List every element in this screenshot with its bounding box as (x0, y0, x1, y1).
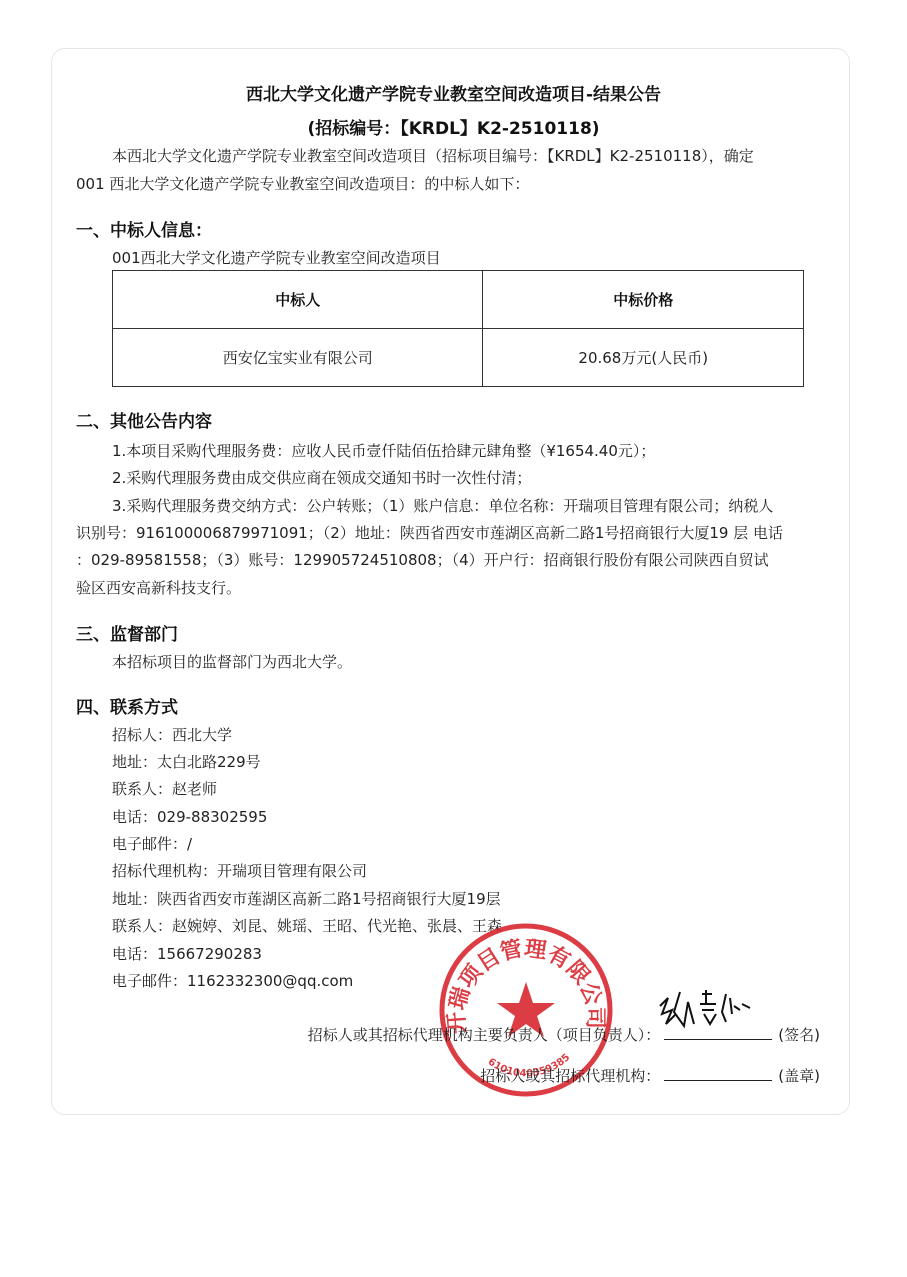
lot-label: 001西北大学文化遗产学院专业教室空间改造项目 (112, 247, 441, 268)
header-price: 中标价格 (483, 271, 804, 329)
signature-suffix: (签名) (778, 1026, 820, 1044)
contact-tenderer-person: 联系人：赵老师 (112, 778, 217, 799)
section-heading-contact: 四、联系方式 (76, 693, 178, 718)
header-winner: 中标人 (113, 271, 483, 329)
section-heading-other: 二、其他公告内容 (76, 407, 212, 432)
page-title: 西北大学文化遗产学院专业教室空间改造项目-结果公告 (0, 80, 907, 105)
fee-item-3-line-3: ：029-89581558；（3）账号：129905724510808；（4）开… (76, 549, 769, 570)
signature-label: 招标人或其招标代理机构主要负责人（项目负责人）： (308, 1026, 661, 1044)
fee-item-2: 2.采购代理服务费由成交供应商在领成交通知书时一次性付清； (112, 467, 531, 488)
signature-line (664, 1025, 772, 1040)
stamp-suffix: (盖章) (778, 1067, 820, 1085)
intro-line-2: 001 西北大学文化遗产学院专业教室空间改造项目：的中标人如下： (76, 171, 529, 198)
contact-agency-phone: 电话：15667290283 (112, 943, 262, 964)
fee-item-1: 1.本项目采购代理服务费：应收人民币壹仟陆佰伍拾肆元肆角整（¥1654.40元）… (112, 440, 655, 461)
signature-row-responsible-person: 招标人或其招标代理机构主要负责人（项目负责人）：(签名) (308, 1024, 820, 1045)
intro-line-1: 本西北大学文化遗产学院专业教室空间改造项目（招标项目编号：【KRDL】K2-25… (112, 143, 754, 170)
contact-agency: 招标代理机构：开瑞项目管理有限公司 (112, 860, 367, 881)
contact-agency-email: 电子邮件：1162332300@qq.com (112, 970, 353, 991)
fee-item-3-line-4: 验区西安高新科技支行。 (76, 577, 241, 598)
stamp-line (664, 1066, 772, 1081)
contact-tenderer-email: 电子邮件：/ (112, 833, 192, 854)
fee-item-3-line-2: 识别号：916100006879971091；（2）地址：陕西省西安市莲湖区高新… (76, 522, 783, 543)
contact-tenderer: 招标人：西北大学 (112, 724, 232, 745)
winner-table: 中标人 中标价格 西安亿宝实业有限公司 20.68万元(人民币) (112, 270, 804, 387)
tender-number: (招标编号：【KRDL】K2-2510118) (0, 114, 907, 139)
signature-row-stamp: 招标人或其招标代理机构：(盖章) (480, 1065, 820, 1086)
contact-tenderer-phone: 电话：029-88302595 (112, 806, 267, 827)
table-header-row: 中标人 中标价格 (113, 271, 804, 329)
winner-price: 20.68万元(人民币) (483, 329, 804, 387)
fee-item-3-line-1: 3.采购代理服务费交纳方式：公户转账；（1）账户信息：单位名称：开瑞项目管理有限… (112, 495, 773, 516)
winner-name: 西安亿宝实业有限公司 (113, 329, 483, 387)
section-heading-winner: 一、中标人信息： (76, 216, 212, 241)
section-heading-supervision: 三、监督部门 (76, 620, 178, 645)
supervision-text: 本招标项目的监督部门为西北大学。 (112, 651, 352, 672)
contact-agency-address: 地址：陕西省西安市莲湖区高新二路1号招商银行大厦19层 (112, 888, 501, 909)
table-row: 西安亿宝实业有限公司 20.68万元(人民币) (113, 329, 804, 387)
stamp-label: 招标人或其招标代理机构： (480, 1067, 660, 1085)
contact-tenderer-address: 地址：太白北路229号 (112, 751, 261, 772)
